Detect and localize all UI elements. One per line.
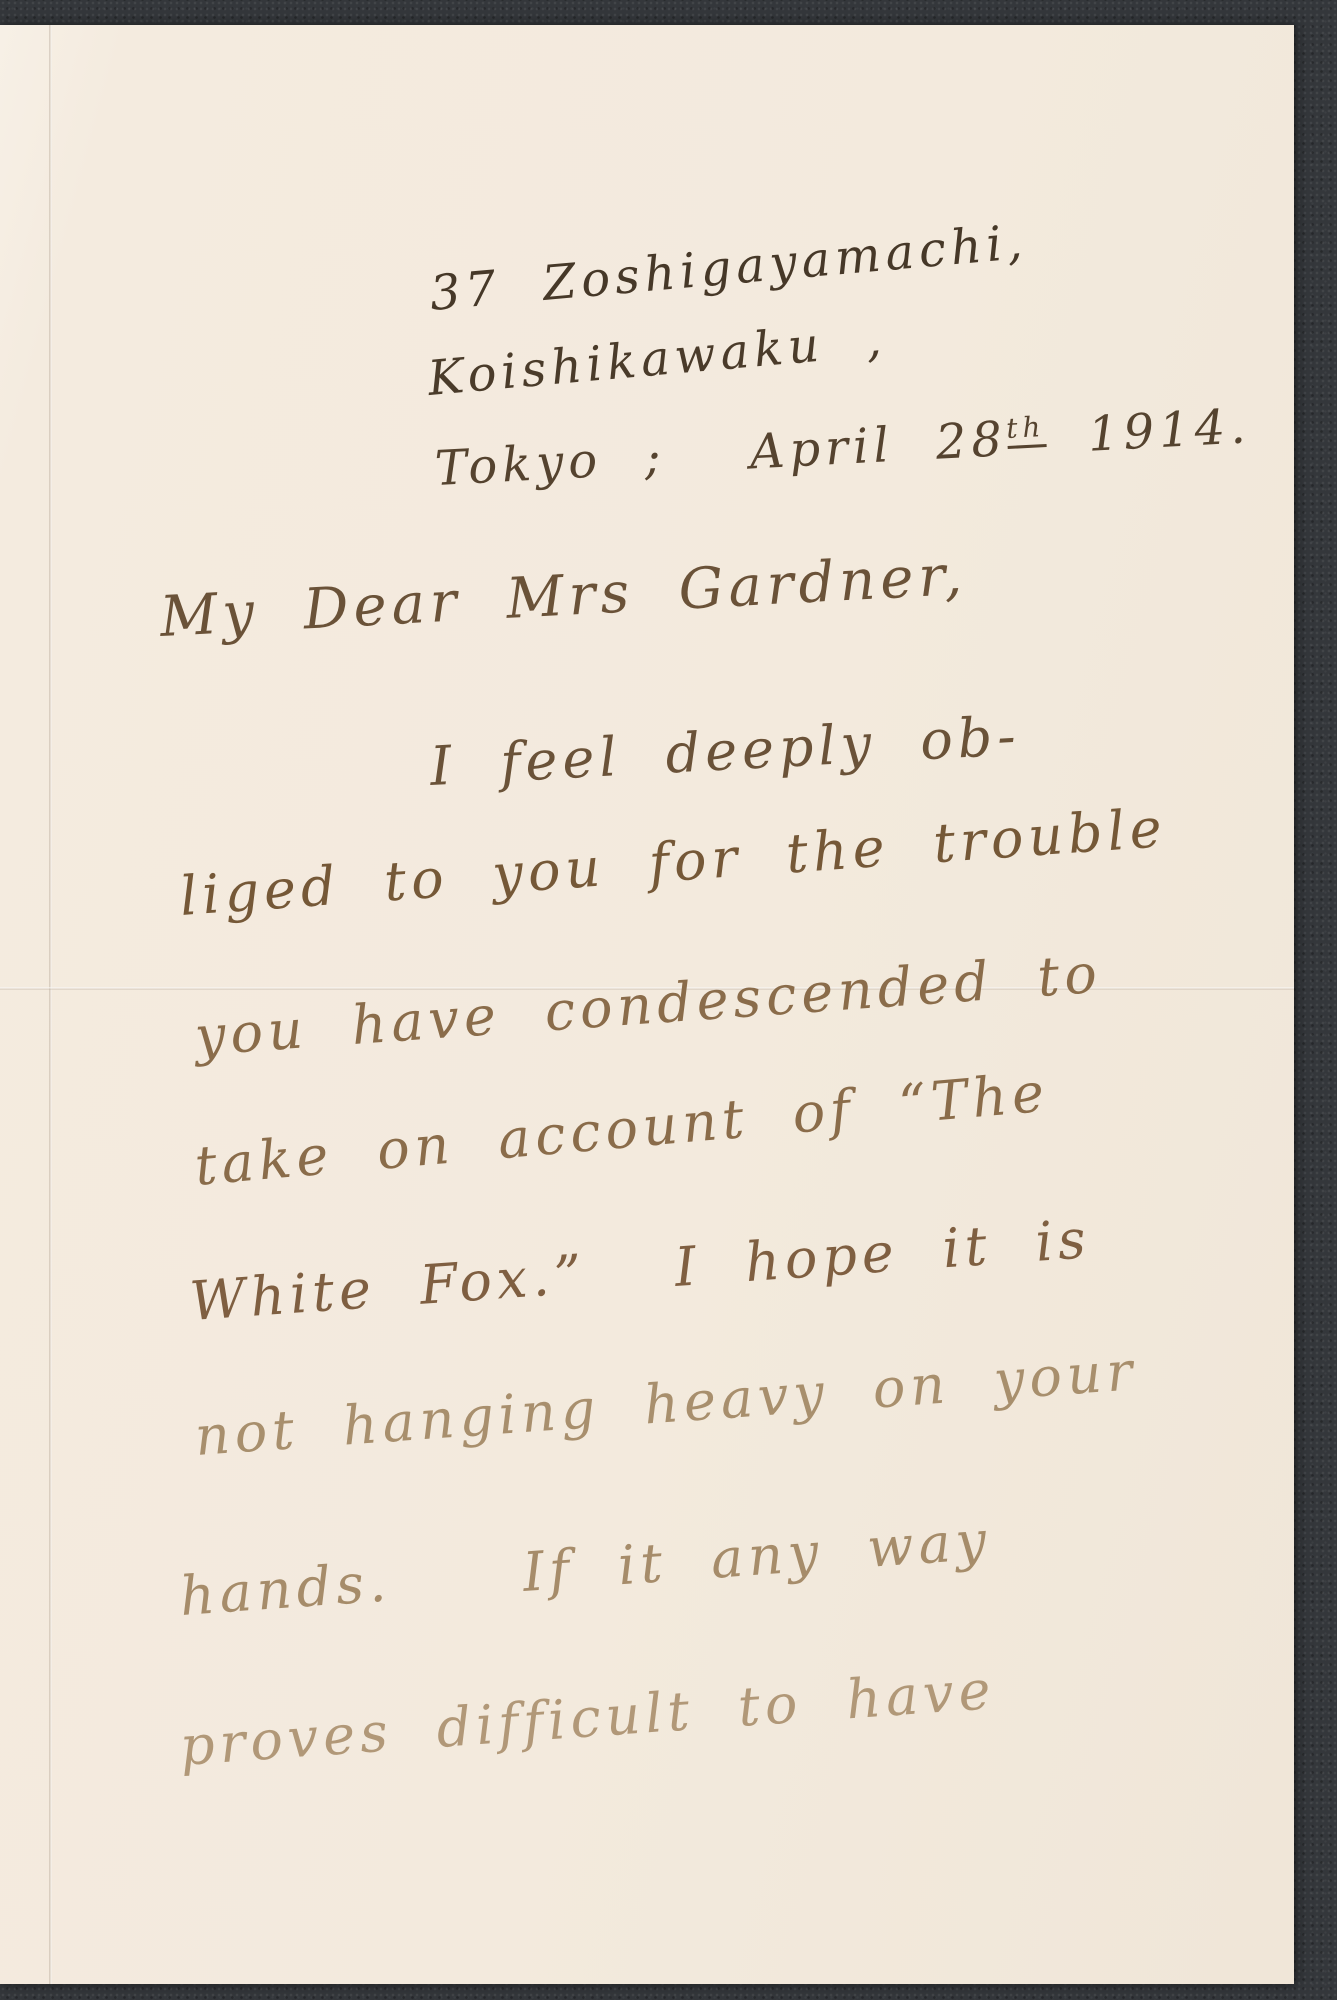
body-line-7: hands. If it any way xyxy=(178,1513,993,1624)
body-line-4: take on account of “The xyxy=(193,1065,1051,1193)
body-line-8: proves difficult to have xyxy=(178,1663,997,1774)
date-year: 1914. xyxy=(1044,398,1251,465)
body-line-2: liged to you for the trouble xyxy=(178,801,1168,924)
body-line-1: I feel deeply ob- xyxy=(429,709,1022,794)
letter-paper: 37 Zoshigayamachi, Koishikawaku , Tokyo … xyxy=(0,25,1294,1984)
body-line-3: you have condescended to xyxy=(193,947,1103,1064)
body-line-6: not hanging heavy on your xyxy=(193,1344,1139,1464)
body-line-5: White Fox.” I hope it is xyxy=(188,1212,1092,1329)
vertical-fold-crease xyxy=(49,25,52,1984)
address-line-2: Koishikawaku , xyxy=(426,315,888,403)
address-line-1: 37 Zoshigayamachi, xyxy=(428,218,1029,318)
date-city-and-day: Tokyo ; April 28 xyxy=(434,411,1009,497)
date-ordinal-superscript: th xyxy=(1005,410,1046,449)
date-line: Tokyo ; April 28th 1914. xyxy=(434,402,1252,493)
salutation-line: My Dear Mrs Gardner, xyxy=(159,548,969,646)
